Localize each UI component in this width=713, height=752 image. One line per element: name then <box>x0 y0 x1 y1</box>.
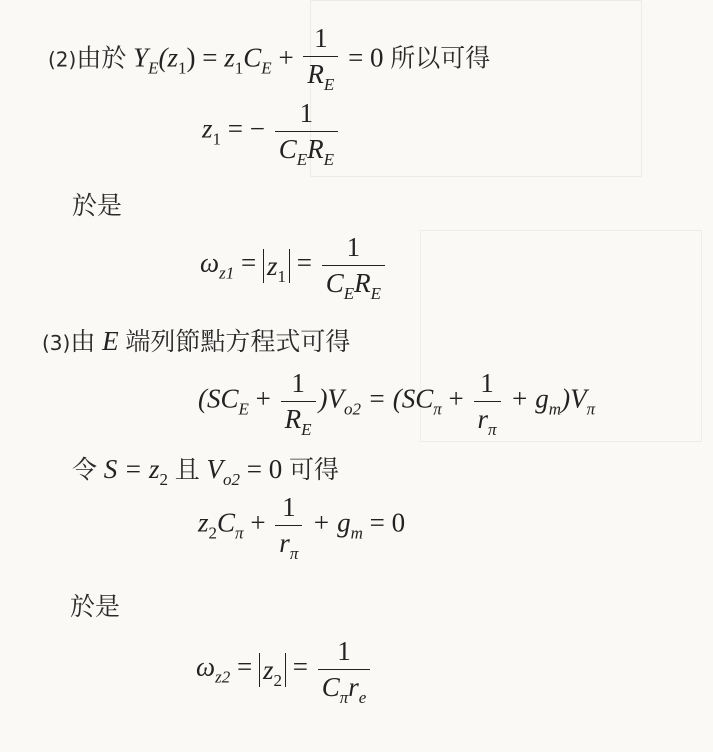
math-subscript: E <box>371 284 381 303</box>
bleed-through-circuit <box>310 0 642 177</box>
math-symbol: + g <box>510 384 548 414</box>
math-subscript: π <box>587 400 596 419</box>
therefore-text: 於是 <box>72 193 122 218</box>
denominator: Cπre <box>318 669 371 701</box>
math-symbol: R <box>285 404 302 434</box>
math-subscript: m <box>351 524 363 543</box>
math-operator: = <box>237 652 252 682</box>
math-symbol: = (S <box>368 384 415 414</box>
math-subscript: π <box>488 420 497 439</box>
math-subscript: o2 <box>344 400 361 419</box>
denominator: RE <box>303 56 338 88</box>
math-symbol: Y <box>133 43 148 73</box>
math-symbol: C <box>217 508 235 538</box>
math-subscript: 1 <box>213 130 222 149</box>
math-symbol: C <box>221 384 239 414</box>
math-symbol: (z <box>159 43 179 73</box>
math-symbol: V <box>207 454 224 484</box>
math-symbol: r <box>279 528 290 558</box>
math-symbol: R <box>307 59 324 89</box>
numerator: 1 <box>474 370 501 401</box>
fraction: 1 rπ <box>275 494 302 557</box>
math-symbol: ω <box>196 652 215 682</box>
math-symbol: R <box>354 268 371 298</box>
math-subscript: 1 <box>235 59 244 78</box>
fraction: 1 RE <box>303 25 338 88</box>
math-symbol: )V <box>319 384 344 414</box>
math-symbol: z <box>198 508 209 538</box>
step3-statement: (3)由 E 端列節點方程式可得 <box>42 328 350 355</box>
and-text: 且 <box>175 455 200 484</box>
let-text: 令 <box>72 455 97 484</box>
numerator: 1 <box>318 638 371 669</box>
math-subscript: o2 <box>223 470 240 489</box>
math-symbol: (S <box>198 384 221 414</box>
math-symbol: z <box>224 43 235 73</box>
math-subscript: E <box>324 75 334 94</box>
math-subscript: E <box>239 400 249 419</box>
math-subscript: E <box>148 59 158 78</box>
math-subscript: 1 <box>178 59 187 78</box>
numerator: 1 <box>322 234 385 265</box>
let-statement: 令 S = z2 且 Vo2 = 0 可得 <box>72 456 339 483</box>
math-subscript: E <box>297 150 307 169</box>
numerator: 1 <box>275 494 302 525</box>
math-subscript: π <box>290 544 299 563</box>
math-subscript: 2 <box>160 470 169 489</box>
math-operator: + <box>278 43 293 73</box>
math-symbol: ω <box>200 248 219 278</box>
math-subscript: 2 <box>273 671 282 690</box>
math-operator: = 0 <box>348 43 383 73</box>
math-operator: = <box>297 248 312 278</box>
math-subscript: E <box>324 150 334 169</box>
math-subscript: e <box>359 688 367 707</box>
math-symbol: C <box>415 384 433 414</box>
fraction: 1 CERE <box>275 100 338 163</box>
math-symbol: z <box>263 655 274 685</box>
node-symbol: E <box>102 326 119 356</box>
step-text: 端列節點方程式可得 <box>125 327 350 356</box>
step-text: 由 <box>70 327 95 356</box>
math-operator: + <box>256 384 271 414</box>
absolute-value: z2 <box>259 653 286 687</box>
math-symbol: r <box>348 672 359 702</box>
math-symbol: z <box>202 114 213 144</box>
math-symbol: C <box>279 134 297 164</box>
math-operator: = 0 <box>247 454 282 484</box>
equation-omega-z2: ωz2 = z2 = 1 Cπre <box>196 638 373 701</box>
math-symbol: + g <box>312 508 350 538</box>
numerator: 1 <box>281 370 316 401</box>
conclusion-text: 所以可得 <box>390 44 490 73</box>
get-text: 可得 <box>289 455 339 484</box>
math-symbol: C <box>243 43 261 73</box>
math-subscript: 2 <box>209 524 218 543</box>
denominator: CERE <box>322 265 385 297</box>
math-subscript: π <box>235 524 244 543</box>
math-subscript: E <box>301 420 311 439</box>
step-label: (3) <box>42 331 70 355</box>
math-operator: = <box>293 652 308 682</box>
therefore-text: 於是 <box>70 594 120 619</box>
equation-z1: z1 = − 1 CERE <box>202 100 341 163</box>
math-symbol: r <box>478 404 489 434</box>
math-symbol: R <box>307 134 324 164</box>
intro-text: 由於 <box>76 44 126 73</box>
math-symbol: S = z <box>104 454 160 484</box>
absolute-value: z1 <box>263 249 290 283</box>
math-operator: = <box>202 43 217 73</box>
equation-omega-z1: ωz1 = z1 = 1 CERE <box>200 234 388 297</box>
math-operator: = 0 <box>370 508 405 538</box>
denominator: CERE <box>275 131 338 163</box>
denominator: rπ <box>474 401 501 433</box>
math-symbol: )V <box>561 384 586 414</box>
math-operator: = <box>241 248 256 278</box>
fraction: 1 rπ <box>474 370 501 433</box>
numerator: 1 <box>303 25 338 56</box>
math-operator: + <box>449 384 464 414</box>
fraction: 1 CERE <box>322 234 385 297</box>
math-subscript: 1 <box>277 267 286 286</box>
numerator: 1 <box>275 100 338 131</box>
fraction: 1 Cπre <box>318 638 371 701</box>
fraction: 1 RE <box>281 370 316 433</box>
math-subscript: m <box>549 400 561 419</box>
node-equation: (SCE + 1 RE )Vo2 = (SCπ + 1 rπ + gm)Vπ <box>198 370 595 433</box>
math-subscript: E <box>261 59 271 78</box>
equation-z2: z2Cπ + 1 rπ + gm = 0 <box>198 494 405 557</box>
denominator: RE <box>281 401 316 433</box>
math-operator: = − <box>228 114 265 144</box>
math-subscript: z1 <box>219 264 234 283</box>
step2-statement: (2)由於 YE(z1) = z1CE + 1 RE = 0 所以可得 <box>48 33 490 88</box>
math-symbol: ) <box>187 43 196 73</box>
math-subscript: E <box>344 284 354 303</box>
step-label: (2) <box>48 48 76 72</box>
math-symbol: C <box>326 268 344 298</box>
math-symbol: C <box>322 672 340 702</box>
math-subscript: z2 <box>215 668 230 687</box>
math-subscript: π <box>340 688 349 707</box>
math-subscript: π <box>433 400 442 419</box>
denominator: rπ <box>275 525 302 557</box>
math-operator: + <box>250 508 265 538</box>
math-symbol: z <box>267 251 278 281</box>
